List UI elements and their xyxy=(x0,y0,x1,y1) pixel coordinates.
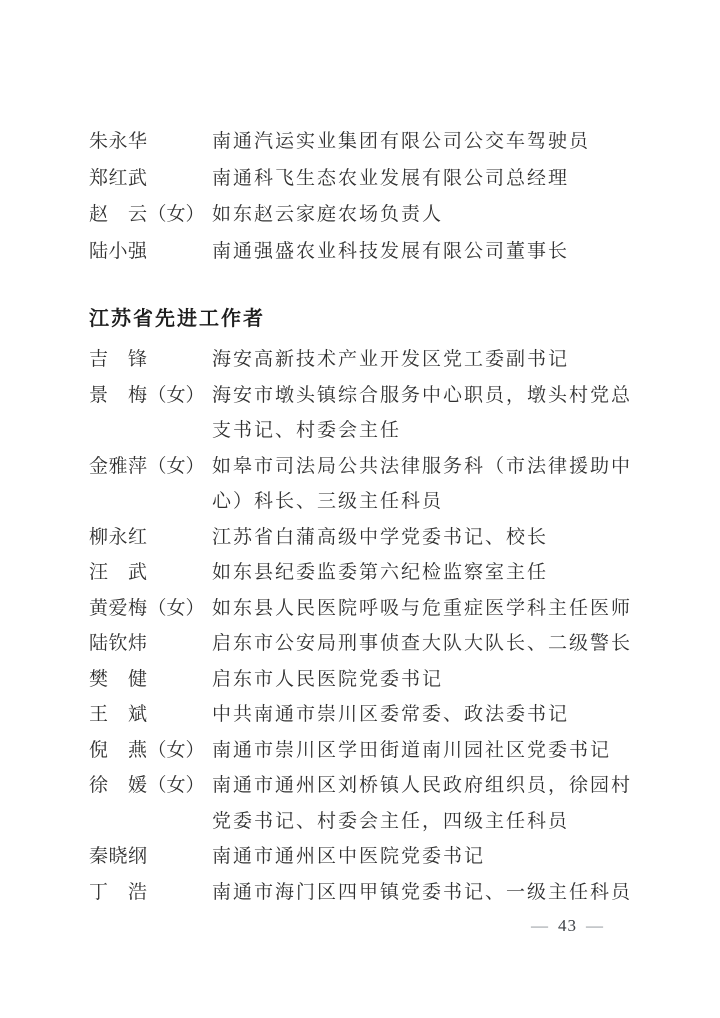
name-cell: 金雅萍（女） xyxy=(89,449,212,485)
list-item: 黄爱梅（女） 如东县人民医院呼吸与危重症医学科主任医师 xyxy=(89,591,637,627)
position-line: 支书记、村委会主任 xyxy=(212,413,632,449)
position-line: 启东市公安局刑事侦查大队大队长、二级警长 xyxy=(212,626,632,662)
person-name: 柳永红 xyxy=(89,527,148,548)
person-name: 郑红武 xyxy=(89,168,148,189)
name-cell: 樊 健 xyxy=(89,662,212,698)
name-cell: 吉 锋 xyxy=(89,342,212,378)
person-name: 黄爱梅 xyxy=(89,598,148,619)
position-lines: 南通市通州区中医院党委书记 xyxy=(212,839,485,875)
position-lines: 南通市崇川区学田街道南川园社区党委书记 xyxy=(212,733,611,769)
gender-note: （女） xyxy=(148,775,205,796)
list-item: 陆钦炜 启东市公安局刑事侦查大队大队长、二级警长 xyxy=(89,626,637,662)
position-line: 南通强盛农业科技发展有限公司董事长 xyxy=(212,234,569,271)
position-lines: 江苏省白蒲高级中学党委书记、校长 xyxy=(212,520,548,556)
position-line: 心）科长、三级主任科员 xyxy=(212,484,632,520)
person-name: 朱永华 xyxy=(89,131,148,152)
gender-note: （女） xyxy=(148,385,205,406)
document-page: 朱永华 南通汽运实业集团有限公司公交车驾驶员 郑红武 南通科飞生态农业发展有限公… xyxy=(0,0,720,1018)
gender-note: （女） xyxy=(148,740,205,761)
name-cell: 徐 媛（女） xyxy=(89,768,212,804)
name-cell: 柳永红 xyxy=(89,520,212,556)
footer-page-number: 43 xyxy=(558,916,577,935)
position-lines: 如东县人民医院呼吸与危重症医学科主任医师 xyxy=(212,591,632,627)
name-cell: 陆小强 xyxy=(89,234,212,271)
position-line: 如皋市司法局公共法律服务科（市法律援助中 xyxy=(212,449,632,485)
position-lines: 南通科飞生态农业发展有限公司总经理 xyxy=(212,161,569,198)
gender-note: （女） xyxy=(148,598,205,619)
name-cell: 赵 云（女） xyxy=(89,197,212,234)
person-name: 景 梅 xyxy=(89,385,148,406)
position-line: 海安高新技术产业开发区党工委副书记 xyxy=(212,342,569,378)
person-name: 秦晓纲 xyxy=(89,846,148,867)
gender-note: （女） xyxy=(148,204,205,225)
person-name: 徐 媛 xyxy=(89,775,148,796)
rows-container: 吉 锋 海安高新技术产业开发区党工委副书记 景 梅（女） 海安市墩头镇综合服务中… xyxy=(89,342,637,910)
position-lines: 如东赵云家庭农场负责人 xyxy=(212,197,443,234)
list-item: 朱永华 南通汽运实业集团有限公司公交车驾驶员 xyxy=(89,124,637,161)
footer-dash-left: — xyxy=(531,916,549,935)
name-cell: 朱永华 xyxy=(89,124,212,161)
footer-dash-right: — xyxy=(586,916,604,935)
person-name: 王 斌 xyxy=(89,704,148,725)
list-item: 樊 健 启东市人民医院党委书记 xyxy=(89,662,637,698)
position-lines: 南通市海门区四甲镇党委书记、一级主任科员 xyxy=(212,875,632,911)
list-item: 王 斌 中共南通市崇川区委常委、政法委书记 xyxy=(89,697,637,733)
list-item: 吉 锋 海安高新技术产业开发区党工委副书记 xyxy=(89,342,637,378)
position-line: 海安市墩头镇综合服务中心职员，墩头村党总 xyxy=(212,378,632,414)
position-line: 如东县人民医院呼吸与危重症医学科主任医师 xyxy=(212,591,632,627)
list-item: 徐 媛（女） 南通市通州区刘桥镇人民政府组织员，徐园村党委书记、村委会主任，四级… xyxy=(89,768,637,839)
person-name: 吉 锋 xyxy=(89,349,148,370)
position-lines: 南通强盛农业科技发展有限公司董事长 xyxy=(212,234,569,271)
position-line: 江苏省白蒲高级中学党委书记、校长 xyxy=(212,520,548,556)
position-lines: 海安市墩头镇综合服务中心职员，墩头村党总支书记、村委会主任 xyxy=(212,378,632,449)
position-line: 南通市海门区四甲镇党委书记、一级主任科员 xyxy=(212,875,632,911)
position-line: 启东市人民医院党委书记 xyxy=(212,662,443,698)
person-name: 赵 云 xyxy=(89,204,148,225)
position-line: 如东赵云家庭农场负责人 xyxy=(212,197,443,234)
name-cell: 郑红武 xyxy=(89,161,212,198)
rows-container: 朱永华 南通汽运实业集团有限公司公交车驾驶员 郑红武 南通科飞生态农业发展有限公… xyxy=(89,124,637,270)
person-name: 樊 健 xyxy=(89,669,148,690)
position-line: 南通市通州区中医院党委书记 xyxy=(212,839,485,875)
position-line: 南通汽运实业集团有限公司公交车驾驶员 xyxy=(212,124,590,161)
position-lines: 启东市人民医院党委书记 xyxy=(212,662,443,698)
position-line: 中共南通市崇川区委常委、政法委书记 xyxy=(212,697,569,733)
position-line: 南通市通州区刘桥镇人民政府组织员，徐园村 xyxy=(212,768,632,804)
position-lines: 南通市通州区刘桥镇人民政府组织员，徐园村党委书记、村委会主任，四级主任科员 xyxy=(212,768,632,839)
award-list-continued: 朱永华 南通汽运实业集团有限公司公交车驾驶员 郑红武 南通科飞生态农业发展有限公… xyxy=(89,124,637,270)
position-line: 南通科飞生态农业发展有限公司总经理 xyxy=(212,161,569,198)
name-cell: 倪 燕（女） xyxy=(89,733,212,769)
person-name: 丁 浩 xyxy=(89,882,148,903)
position-lines: 南通汽运实业集团有限公司公交车驾驶员 xyxy=(212,124,590,161)
list-item: 金雅萍（女） 如皋市司法局公共法律服务科（市法律援助中心）科长、三级主任科员 xyxy=(89,449,637,520)
name-cell: 陆钦炜 xyxy=(89,626,212,662)
position-lines: 如东县纪委监委第六纪检监察室主任 xyxy=(212,555,548,591)
name-cell: 丁 浩 xyxy=(89,875,212,911)
list-item: 赵 云（女） 如东赵云家庭农场负责人 xyxy=(89,197,637,234)
list-item: 倪 燕（女） 南通市崇川区学田街道南川园社区党委书记 xyxy=(89,733,637,769)
page-number: —43— xyxy=(531,916,604,936)
person-name: 陆小强 xyxy=(89,241,148,262)
list-item: 丁 浩 南通市海门区四甲镇党委书记、一级主任科员 xyxy=(89,875,637,911)
name-cell: 汪 武 xyxy=(89,555,212,591)
person-name: 陆钦炜 xyxy=(89,633,148,654)
person-name: 倪 燕 xyxy=(89,740,148,761)
name-cell: 黄爱梅（女） xyxy=(89,591,212,627)
position-line: 党委书记、村委会主任，四级主任科员 xyxy=(212,804,632,840)
award-list-advanced-workers: 吉 锋 海安高新技术产业开发区党工委副书记 景 梅（女） 海安市墩头镇综合服务中… xyxy=(89,342,637,910)
section-heading: 江苏省先进工作者 xyxy=(89,301,265,338)
name-cell: 秦晓纲 xyxy=(89,839,212,875)
position-lines: 中共南通市崇川区委常委、政法委书记 xyxy=(212,697,569,733)
list-item: 汪 武 如东县纪委监委第六纪检监察室主任 xyxy=(89,555,637,591)
gender-note: （女） xyxy=(148,456,205,477)
list-item: 景 梅（女） 海安市墩头镇综合服务中心职员，墩头村党总支书记、村委会主任 xyxy=(89,378,637,449)
name-cell: 景 梅（女） xyxy=(89,378,212,414)
position-lines: 如皋市司法局公共法律服务科（市法律援助中心）科长、三级主任科员 xyxy=(212,449,632,520)
person-name: 汪 武 xyxy=(89,562,148,583)
list-item: 秦晓纲 南通市通州区中医院党委书记 xyxy=(89,839,637,875)
position-line: 南通市崇川区学田街道南川园社区党委书记 xyxy=(212,733,611,769)
position-lines: 启东市公安局刑事侦查大队大队长、二级警长 xyxy=(212,626,632,662)
position-lines: 海安高新技术产业开发区党工委副书记 xyxy=(212,342,569,378)
list-item: 陆小强 南通强盛农业科技发展有限公司董事长 xyxy=(89,234,637,271)
position-line: 如东县纪委监委第六纪检监察室主任 xyxy=(212,555,548,591)
name-cell: 王 斌 xyxy=(89,697,212,733)
list-item: 柳永红 江苏省白蒲高级中学党委书记、校长 xyxy=(89,520,637,556)
list-item: 郑红武 南通科飞生态农业发展有限公司总经理 xyxy=(89,161,637,198)
person-name: 金雅萍 xyxy=(89,456,148,477)
